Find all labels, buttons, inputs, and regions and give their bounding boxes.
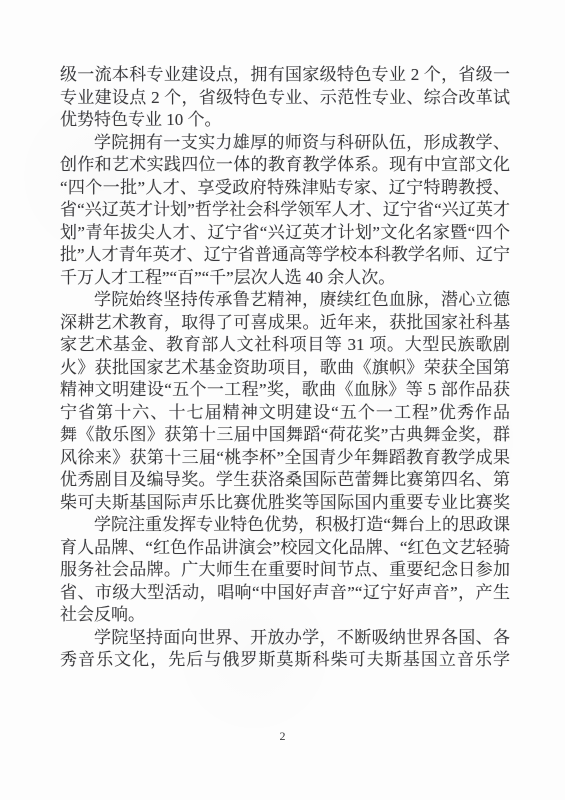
document-body: 级一流本科专业建设点，拥有国家级特色专业 2 个，省级一流本科 专业建设点 2 …: [60, 64, 510, 672]
text-line: 柴可夫斯基国际声乐比赛优胜奖等国际国内重要专业比赛奖项。: [60, 492, 510, 515]
text-line: 千万人才工程”“百”“千”层次人选 40 余人次。: [60, 267, 510, 290]
text-line: 划”青年拔尖人才、辽宁省“兴辽英才计划”文化名家暨“四个一: [60, 222, 510, 245]
text-line: 风徐来》获第十三届“桃李杯”全国青少年舞蹈教育教学成果展示: [60, 447, 510, 470]
text-line: 省、市级大型活动，唱响“中国好声音”“辽宁好声音”，产生较好: [60, 582, 510, 605]
text-line: 创作和艺术实践四位一体的教育教学体系。现有中宣部文化名家暨: [60, 154, 510, 177]
text-line: 优秀剧目及编导奖。学生获洛桑国际芭蕾舞比赛第四名、第十七届: [60, 469, 510, 492]
text-line: 深耕艺术教育，取得了可喜成果。近年来，获批国家社科基金、国: [60, 312, 510, 335]
text-line: 社会反响。: [60, 604, 510, 627]
text-line: “四个一批”人才、享受政府特殊津贴专家、辽宁特聘教授、辽宁: [60, 177, 510, 200]
text-line: 精神文明建设“五个一工程”奖，歌曲《血脉》等 5 部作品获得辽: [60, 379, 510, 402]
text-line: 省“兴辽英才计划”哲学社会科学领军人才、辽宁省“兴辽英才计: [60, 199, 510, 222]
text-line: 学院坚持面向世界、开放办学，不断吸纳世界各国、各民族优: [60, 627, 510, 650]
text-line: 学院始终坚持传承鲁艺精神，赓续红色血脉，潜心立德树人，: [60, 289, 510, 312]
text-line: 批”人才青年英才、辽宁省普通高等学校本科教学名师、辽宁省“百: [60, 244, 510, 267]
text-line: 专业建设点 2 个，省级特色专业、示范性专业、综合改革试点专业、: [60, 87, 510, 110]
text-line: 学院拥有一支实力雄厚的师资与科研队伍，形成教学、科研、: [60, 132, 510, 155]
text-line: 舞《散乐图》获第十三届中国舞蹈“荷花奖”古典舞金奖，群舞《清: [60, 424, 510, 447]
text-line: 服务社会品牌。广大师生在重要时间节点、重要纪念日参加国家、: [60, 559, 510, 582]
text-line: 学院注重发挥专业特色优势，积极打造“舞台上的思政课堂”: [60, 514, 510, 537]
text-line: 优势特色专业 10 个。: [60, 109, 510, 132]
text-line: 火》获批国家艺术基金资助项目，歌曲《旗帜》荣获全国第十三届: [60, 357, 510, 380]
document-page: 级一流本科专业建设点，拥有国家级特色专业 2 个，省级一流本科 专业建设点 2 …: [0, 0, 565, 800]
page-number: 2: [0, 729, 565, 744]
text-line: 级一流本科专业建设点，拥有国家级特色专业 2 个，省级一流本科: [60, 64, 510, 87]
text-line: 育人品牌、“红色作品讲演会”校园文化品牌、“红色文艺轻骑兵”: [60, 537, 510, 560]
text-line: 宁省第十六、十七届精神文明建设“五个一工程”优秀作品奖，群: [60, 402, 510, 425]
text-line: 家艺术基金、教育部人文社科项目等 31 项。大型民族歌剧《星星之: [60, 334, 510, 357]
text-line: 秀音乐文化，先后与俄罗斯莫斯科柴可夫斯基国立音乐学院、俄罗: [60, 649, 510, 672]
